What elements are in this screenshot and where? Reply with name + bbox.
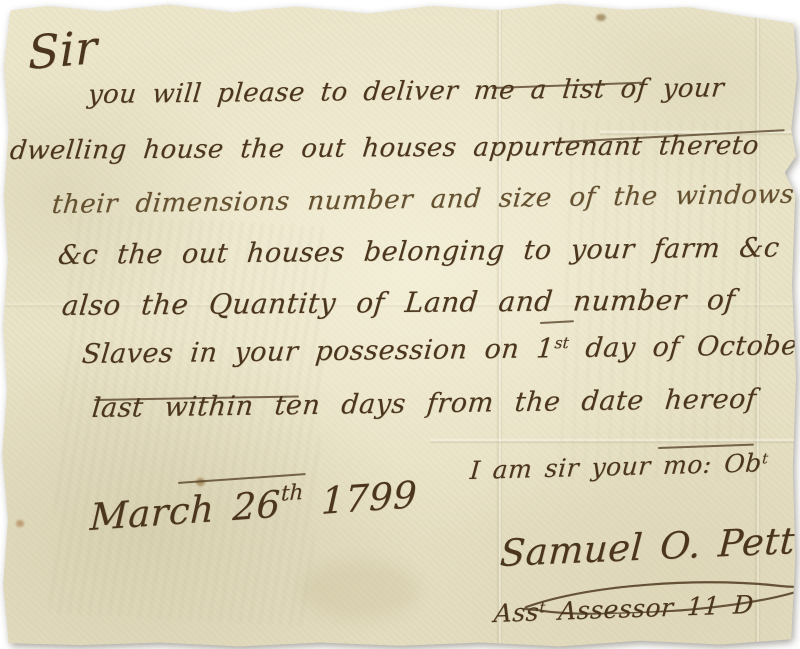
body-line-1: you will please to deliver me a list of … bbox=[87, 73, 726, 110]
foxing-spot bbox=[16, 520, 24, 527]
date-superscript-th: th bbox=[280, 480, 303, 507]
paper-shadow: Sir you will please to deliver me a list… bbox=[0, 0, 800, 649]
title-abbrev: Ass bbox=[493, 597, 540, 628]
signature: Samuel O. Pettus bbox=[499, 517, 800, 575]
scanned-letter: Sir you will please to deliver me a list… bbox=[0, 0, 800, 649]
ordinal-superscript-st: st bbox=[554, 333, 570, 352]
closing-superscript-t: t bbox=[761, 451, 768, 467]
body-line-6-rest: day of October bbox=[567, 330, 800, 364]
body-line-5: also the Quantity of Land and number of bbox=[60, 283, 737, 322]
date-year: 1799 bbox=[302, 473, 418, 524]
title-rest: Assessor 11 D bbox=[544, 590, 755, 626]
title-superscript-t: t bbox=[539, 600, 546, 616]
paper-sheet: Sir you will please to deliver me a list… bbox=[0, 0, 800, 649]
smudge bbox=[300, 560, 420, 620]
salutation: Sir bbox=[28, 20, 98, 80]
body-line-6-text: Slaves in your possession on 1 bbox=[81, 333, 556, 370]
foxing-spot bbox=[596, 14, 606, 21]
